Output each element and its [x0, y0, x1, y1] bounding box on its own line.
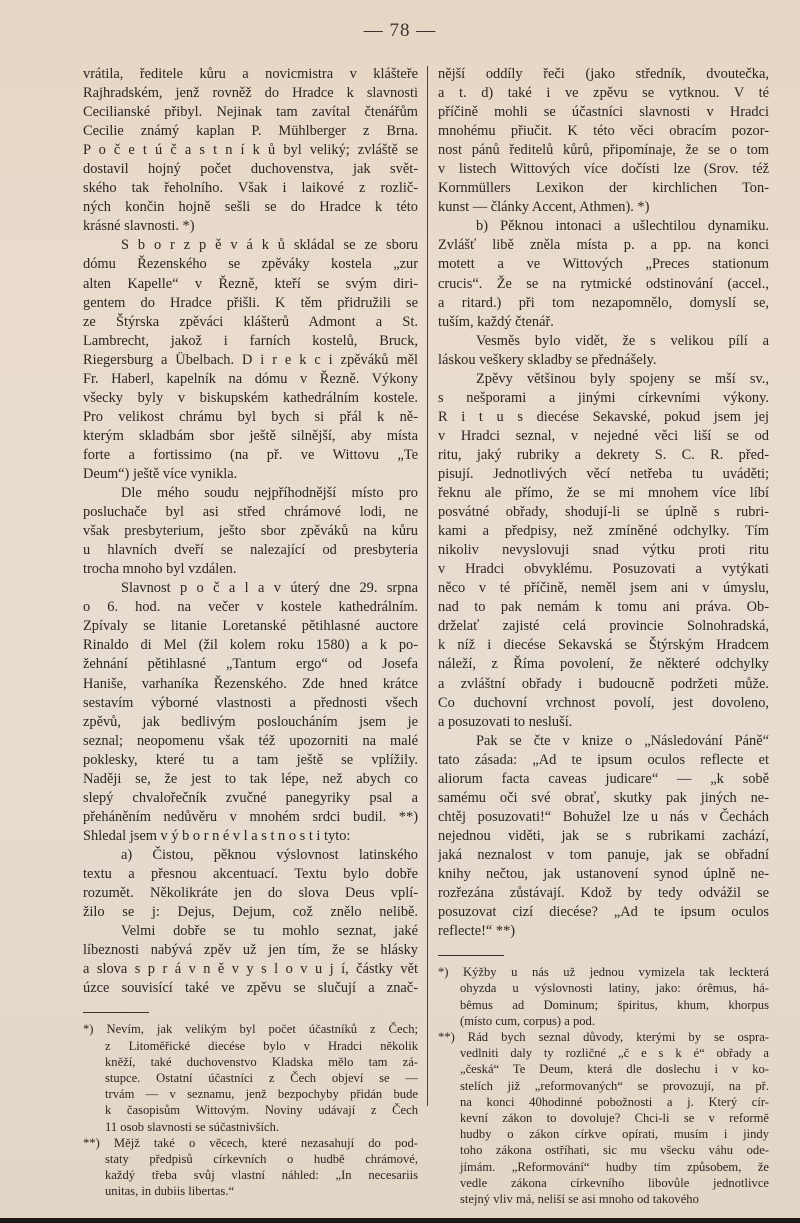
text-line: nikoliv nevyslovuji snad výtku proti rit… — [438, 541, 769, 560]
text-line: s nešporami a jinými církevními výkony. — [438, 389, 769, 408]
text-line: jaká neznalost v tom panuje, jak se obřa… — [438, 846, 769, 865]
text-line: žilo se j: Dejus, Dejum, což znělo nelib… — [83, 903, 418, 922]
text-line: Zpívaly se litanie Loretanské pětihlasné… — [83, 617, 418, 636]
text-line: mnohému přiučit. K této věci obracím poz… — [438, 122, 769, 141]
text-line: Naději se, že jest to tak lépe, než abyc… — [83, 770, 418, 789]
text-line: posvátné obřady, shodují-li se úplně s r… — [438, 503, 769, 522]
text-line: nost pánů ředitelů kůrů, připomínaje, že… — [438, 141, 769, 160]
text-line: příčině mohli se účastníci slavnosti v H… — [438, 103, 769, 122]
footnote-line: z Litoměřické diecése bylo v Hradci něko… — [83, 1038, 418, 1054]
text-line: ritu, jaký rubriky a dekrety S. C. R. př… — [438, 446, 769, 465]
text-line: seznal; neopomenu však též upozorniti na… — [83, 732, 418, 751]
text-line: Velmi dobře se tu mohlo seznat, jaké — [83, 922, 418, 941]
text-line: úzce souvisící také ve zpěvu se slučují … — [83, 979, 418, 998]
text-line: dostavil hojný počet duchovenstva, jak s… — [83, 160, 418, 179]
text-line: k níž i diecése Sekavská se Štýrským Hra… — [438, 636, 769, 655]
left-column-body: vrátila, ředitele kůru a novicmistra v k… — [83, 65, 418, 998]
footnote-line: ohyzda u výslovnosti latiny, jako: órêmu… — [438, 980, 769, 996]
footnote-line: na konci 40hodinné pobožnosti a j. Který… — [438, 1094, 769, 1110]
text-line: rozřezána zůstávají. Kdož by tedy odváži… — [438, 884, 769, 903]
footnote-line: stelích již „reformovaných“ se provozují… — [438, 1078, 769, 1094]
text-line: líbeznosti nabývá zpěv už jen tím, že se… — [83, 941, 418, 960]
text-line: S b o r z p ě v á k ů skládal se ze sbor… — [83, 236, 418, 255]
text-line: Riegersburg a Übelbach. D i r e k c i zp… — [83, 351, 418, 370]
text-line: Kornmüllers Lexikon der kirchlichen Ton- — [438, 179, 769, 198]
footnote-line: *) Nevím, jak velikým byl počet účastník… — [83, 1021, 418, 1037]
text-line: žehnání pětihlasné „Tantum ergo“ od Jose… — [83, 655, 418, 674]
text-line: posluchače byl asi střed chrámové lodi, … — [83, 503, 418, 522]
text-line: Fr. Haberl, kapelník na dómu v Řezně. Vý… — [83, 370, 418, 389]
footnote-line: bêmus ad Dominum; špiritus, khum, khorpu… — [438, 997, 769, 1013]
text-line: a slova s p r á v n ě v y s l o v u j í,… — [83, 960, 418, 979]
text-line: motett a ve Wittových „Preces stationum — [438, 255, 769, 274]
footnote-line: k časopisům Wittovým. Noviny udávají z Č… — [83, 1102, 418, 1118]
text-line: R i t u s diecése Sekavské, pokud jsem j… — [438, 408, 769, 427]
text-line: kterým skladbám sbor ještě silnější, aby… — [83, 427, 418, 446]
footnote-line: toho zákona ostříhati, sic mu všecku váh… — [438, 1142, 769, 1158]
footnote-line: vedle zákona církevního libovůle jednotl… — [438, 1175, 769, 1191]
footnote-line: unitas, in dubiis libertas.“ — [83, 1183, 418, 1199]
text-line: aliorum facta caveas judicare“ — „k sobě — [438, 770, 769, 789]
left-column: vrátila, ředitele kůru a novicmistra v k… — [83, 65, 418, 1200]
footnote: *) Nevím, jak velikým byl počet účastník… — [83, 1021, 418, 1134]
text-line: crucis“. Že se na rytmické odstinování (… — [438, 275, 769, 294]
right-footnotes: *) Kýžby u nás už jednou vymizela tak le… — [438, 964, 769, 1207]
text-line: dómu Řezenského se zpěváky kostela „zur — [83, 255, 418, 274]
text-line: nejednou viděti, jak se s rubrikami zach… — [438, 827, 769, 846]
text-line: láskou veškery skladby se přednášely. — [438, 351, 769, 370]
text-line: sestavím výborné vlastnosti a přednosti … — [83, 694, 418, 713]
text-line: Rinaldo di Mel (žil kolem roku 1580) a k… — [83, 636, 418, 655]
text-line: a posuzovati to nesluší. — [438, 713, 769, 732]
footnote-line: každý třeba svůj vlastní náhled: „In nec… — [83, 1167, 418, 1183]
text-line: Zpěvy většinou byly spojeny se mší sv., — [438, 370, 769, 389]
footnote-line: hudby o zákon církve opírati, musím i ji… — [438, 1126, 769, 1142]
text-line: posuzovat cizí diecése? „Ad te ipsum ocu… — [438, 903, 769, 922]
text-line: gentem do Hradce přišli. K těm přidružil… — [83, 294, 418, 313]
footnote-line: staty předpisů církevních o hudbě chrámo… — [83, 1151, 418, 1167]
text-line: něco v té příčině, neměl jsem ani v úmys… — [438, 579, 769, 598]
footnote: **) Mějž také o věcech, které nezasahují… — [83, 1135, 418, 1200]
footnote-line: **) Rád bych seznal důvody, kterými by s… — [438, 1029, 769, 1045]
footnote: **) Rád bych seznal důvody, kterými by s… — [438, 1029, 769, 1207]
page-number: — 78 — — [0, 20, 800, 42]
text-line: b) Pěknou intonaci a ušlechtilou dynamik… — [438, 217, 769, 236]
text-line: pisují. Jednotlivých věcí netřeba tu uvá… — [438, 465, 769, 484]
footnote-line: jímám. „Reformování“ hudby tím způsobem,… — [438, 1159, 769, 1175]
text-line: tuším, každý čtenář. — [438, 313, 769, 332]
text-line: slepý chvalořečník zvučné panegyriky psa… — [83, 789, 418, 808]
text-line: samému oči své obrať, skutky pak jiných … — [438, 789, 769, 808]
text-line: nější oddíly řeči (jako středník, dvoute… — [438, 65, 769, 84]
text-line: chtěj posuzovati!“ Bohužel lze u nás v Č… — [438, 808, 769, 827]
text-line: Shledal jsem v ý b o r n é v l a s t n o… — [83, 827, 418, 846]
right-column-body: nější oddíly řeči (jako středník, dvoute… — [438, 65, 769, 941]
text-line: v Hradci seznal, v nejedné věci liší se … — [438, 427, 769, 446]
text-line: všecky byly v biskupském kathedrálním ko… — [83, 389, 418, 408]
footnote-line: *) Kýžby u nás už jednou vymizela tak le… — [438, 964, 769, 980]
text-line: Vesměs bylo vidět, že s velikou pílí a — [438, 332, 769, 351]
text-line: a) Čistou, pěknou výslovnost latinského — [83, 846, 418, 865]
text-line: zpěvů, jak bedlivým posloucháním jsem je — [83, 713, 418, 732]
text-line: tato zásada: „Ad te ipsum oculos reflect… — [438, 751, 769, 770]
text-line: nad to pak nemám k tomu ani práva. Ob- — [438, 598, 769, 617]
text-line: kunst — články Accent, Athmen). *) — [438, 198, 769, 217]
footnote-line: kevní zákon to dovoluje? Chci-li se v re… — [438, 1110, 769, 1126]
footnote: *) Kýžby u nás už jednou vymizela tak le… — [438, 964, 769, 1029]
text-line: Pak se čte v knize o „Následování Páně“ — [438, 732, 769, 751]
text-line: Deum“) ještě více vynikla. — [83, 465, 418, 484]
text-line: trocha mnoho byl vzdálen. — [83, 560, 418, 579]
text-line: Rajhradském, jenž rovněž do Hradce k sla… — [83, 84, 418, 103]
footnote-rule — [83, 1012, 149, 1013]
text-line: drželať zajisté celá provincie Solnohrad… — [438, 617, 769, 636]
text-line: řeknu ale přímo, že se mi mnohem více lí… — [438, 484, 769, 503]
right-column: nější oddíly řeči (jako středník, dvoute… — [438, 65, 769, 1207]
footnote-line: (místo cum, corpus) a pod. — [438, 1013, 769, 1029]
column-divider — [427, 66, 428, 1106]
text-line: o 6. hod. na večer v kostele kathedrální… — [83, 598, 418, 617]
text-line: Zvlášť libě zněla místa p. a pp. na konc… — [438, 236, 769, 255]
text-line: Cecilianské přibyl. Nejinak tam zavítal … — [83, 103, 418, 122]
text-line: forte a fortissimo (na př. ve Wittovu „T… — [83, 446, 418, 465]
footnote-line: stupce. Ostatní účastníci z Čech objeví … — [83, 1070, 418, 1086]
text-line: ského tak řeholního. Však i laikové z ro… — [83, 179, 418, 198]
text-line: textu a přesnou akcentuací. Textu bylo d… — [83, 865, 418, 884]
text-line: však presbyterium, ješto sbor zpěváků na… — [83, 522, 418, 541]
footnote-line: kněží, také duchovenstvo Kladska mělo ta… — [83, 1054, 418, 1070]
text-line: poklesky, které tu a tam ještě se vplíži… — [83, 751, 418, 770]
footnote-line: vedlniti daly ty rozličné „č e s k é“ ob… — [438, 1045, 769, 1061]
text-line: v listech Wittových více dočísti lze (Sr… — [438, 160, 769, 179]
text-line: Slavnost p o č a l a v úterý dne 29. srp… — [83, 579, 418, 598]
text-line: P o č e t ú č a s t n í k ů byl veliký; … — [83, 141, 418, 160]
text-line: ze Štýrska zpěváci klášterů Admont a St. — [83, 313, 418, 332]
text-line: Cecilie známý kaplan P. Mühlberger z Brn… — [83, 122, 418, 141]
text-line: reflecte!“ **) — [438, 922, 769, 941]
text-line: krásné slavnosti. *) — [83, 217, 418, 236]
text-line: Lambrecht, jakož i farních kostelů, Bruc… — [83, 332, 418, 351]
footnote-line: trvám — v seznamu, jenž bezpochyby přidá… — [83, 1086, 418, 1102]
footnote-line: **) Mějž také o věcech, které nezasahují… — [83, 1135, 418, 1151]
left-footnotes: *) Nevím, jak velikým byl počet účastník… — [83, 1021, 418, 1199]
text-line: kami a předpisy, než zmíněné odchylky. T… — [438, 522, 769, 541]
text-line: rozumět. Několikráte jen do slova Deus v… — [83, 884, 418, 903]
text-line: Co duchovní vrchnost povolí, jest dovole… — [438, 694, 769, 713]
page-edge — [0, 1218, 800, 1223]
text-line: a t. d) také i ve zpěvu se vytknou. V té — [438, 84, 769, 103]
text-line: ných končin hojně sešli se do Hradce k t… — [83, 198, 418, 217]
footnote-rule — [438, 955, 504, 956]
text-line: náleží, z Říma povolení, že některé odch… — [438, 655, 769, 674]
text-line: u hlavních dveří se nalezající od presby… — [83, 541, 418, 560]
text-line: knihy nečtou, jak ustanovení synod úplně… — [438, 865, 769, 884]
text-line: přeháněním nedůvěru v mnohém srdci budil… — [83, 808, 418, 827]
text-line: Pro velikost chrámu byl bych si přál k n… — [83, 408, 418, 427]
text-line: alten Kapelle“ v Řezně, kteří se svým di… — [83, 275, 418, 294]
footnote-line: 11 osob slavnosti se súčastnivších. — [83, 1119, 418, 1135]
text-line: Dle mého soudu nejpříhodnější místo pro — [83, 484, 418, 503]
text-line: a zvláštní obřady i budoucně podržeti mů… — [438, 675, 769, 694]
text-line: Haniše, varhaníka Řezenského. Zde hned k… — [83, 675, 418, 694]
footnote-line: stejný vliv má, neliší se asi mnoho od t… — [438, 1191, 769, 1207]
footnote-line: „česká“ Te Deum, která dle doslechu i v … — [438, 1061, 769, 1077]
text-line: vrátila, ředitele kůru a novicmistra v k… — [83, 65, 418, 84]
text-line: a ritard.) při tom nezapomnělo, domyslí … — [438, 294, 769, 313]
text-line: v Hradci obvyklému. Posuzovati a vytýkat… — [438, 560, 769, 579]
